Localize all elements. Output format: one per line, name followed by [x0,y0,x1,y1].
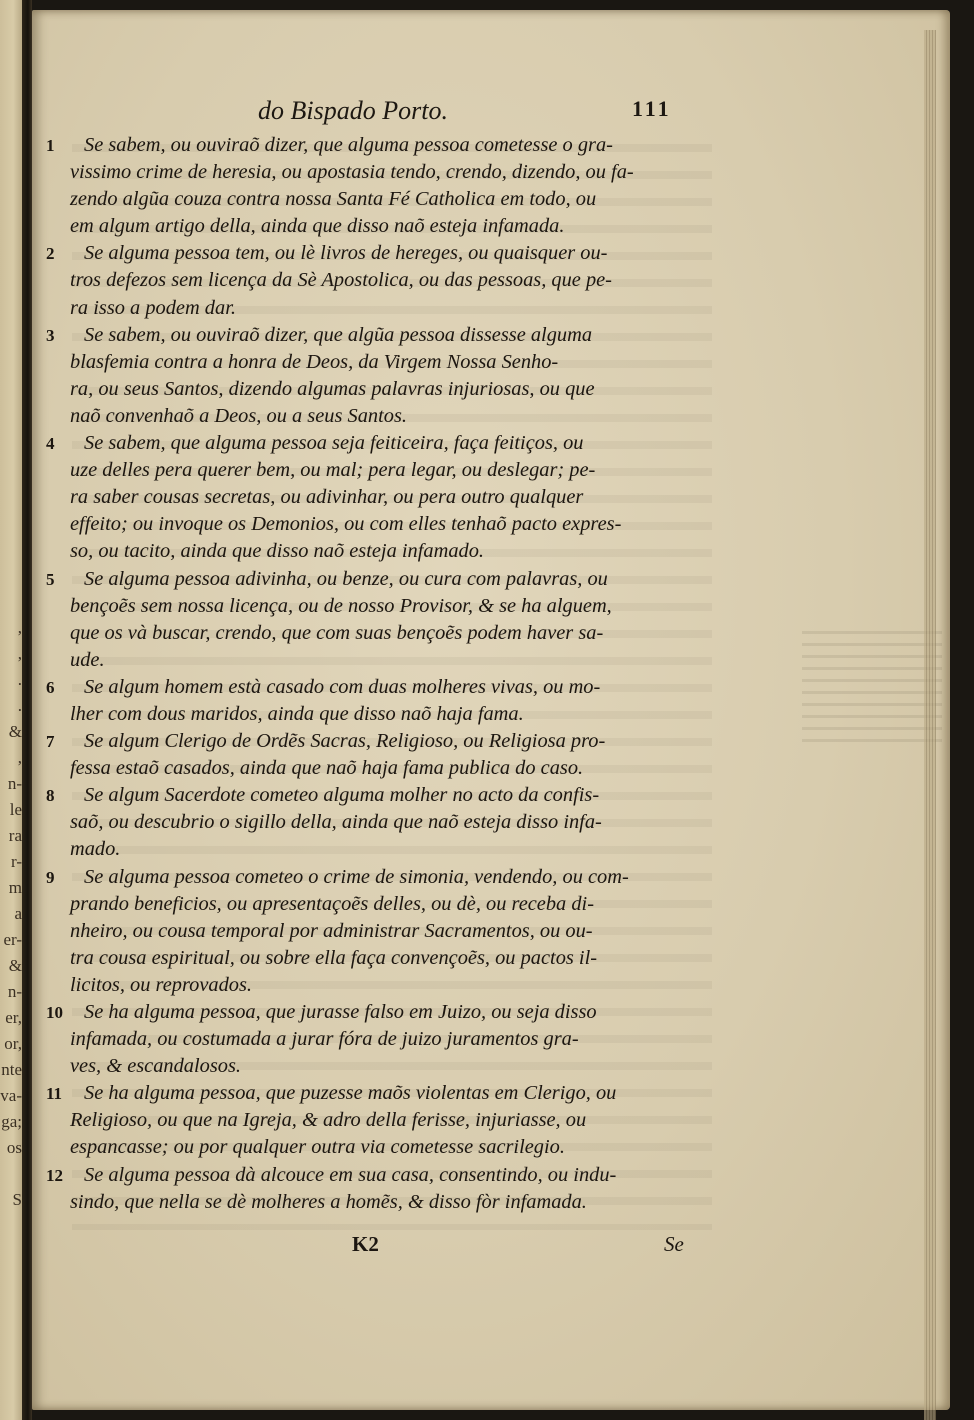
left-page-fragment: & [0,953,22,978]
left-page-fragment: & [0,719,22,744]
left-page-fragment: ra [0,823,22,848]
paragraph-number: 9 [46,864,55,891]
text-line: ra, ou seus Santos, dizendo algumas pala… [46,376,706,403]
left-page-fragment: , [0,615,22,640]
text-line: effeito; ou invoque os Demonios, ou com … [46,511,706,538]
text-line: Se sabem, ou ouviraõ dizer, que algũa pe… [46,322,706,349]
left-page-fragment: m [0,875,22,900]
catchword: Se [664,1232,684,1257]
paragraph-number: 3 [46,322,55,349]
text-line: Se algum Sacerdote cometeo alguma molher… [46,782,706,809]
page-number: 111 [632,96,672,122]
left-page-fragment: ga; [0,1109,22,1134]
text-line: mado. [46,836,706,863]
text-line: saõ, ou descubrio o sigillo della, ainda… [46,809,706,836]
text-line: lher com dous maridos, ainda que disso n… [46,701,706,728]
page-footer: K2 Se [32,1232,950,1262]
text-line: bençoẽs sem nossa licença, ou de nosso P… [46,593,706,620]
paragraph-number: 10 [46,999,63,1026]
text-line: Se sabem, ou ouviraõ dizer, que alguma p… [46,132,706,159]
left-page-fragment: . [0,667,22,692]
text-line: naõ convenhaõ a Deos, ou a seus Santos. [46,403,706,430]
text-line: fessa estaõ casados, ainda que naõ haja … [46,755,706,782]
text-line: prando beneficios, ou apresentaçoẽs dell… [46,891,706,918]
page-header: do Bispado Porto. 111 [32,96,950,126]
left-page-fragment: r- [0,849,22,874]
numbered-paragraph: 12Se alguma pessoa dà alcouce em sua cas… [46,1162,706,1216]
left-page-fragment: n- [0,771,22,796]
body-text: 1Se sabem, ou ouviraõ dizer, que alguma … [46,132,706,1216]
text-line: espancasse; ou por qualquer outra via co… [46,1134,706,1161]
left-page-fragment: er, [0,1005,22,1030]
text-line: Se ha alguma pessoa, que jurasse falso e… [46,999,706,1026]
numbered-paragraph: 4Se sabem, que alguma pessoa seja feitic… [46,430,706,565]
page-edge-stack [924,30,936,1420]
numbered-paragraph: 5Se alguma pessoa adivinha, ou benze, ou… [46,566,706,674]
text-line: Se alguma pessoa tem, ou lè livros de he… [46,240,706,267]
left-page-fragment: S [0,1187,22,1212]
paragraph-number: 5 [46,566,55,593]
numbered-paragraph: 3Se sabem, ou ouviraõ dizer, que algũa p… [46,322,706,430]
paragraph-number: 8 [46,782,55,809]
text-line: ra saber cousas secretas, ou adivinhar, … [46,484,706,511]
text-line: ra isso a podem dar. [46,295,706,322]
text-line: Se ha alguma pessoa, que puzesse maõs vi… [46,1080,706,1107]
adjacent-left-page: ,,..&,n-lerar-maer-&n-er,or,nteva-ga;osS [0,0,22,1420]
text-line: Se alguma pessoa dà alcouce em sua casa,… [46,1162,706,1189]
numbered-paragraph: 6Se algum homem està casado com duas mol… [46,674,706,728]
text-line: blasfemia contra a honra de Deos, da Vir… [46,349,706,376]
left-page-fragment: n- [0,979,22,1004]
running-head: do Bispado Porto. [258,96,448,126]
left-page-fragment: or, [0,1031,22,1056]
left-page-fragment: , [0,745,22,770]
text-line: Se alguma pessoa cometeo o crime de simo… [46,864,706,891]
text-line: infamada, ou costumada a jurar fóra de j… [46,1026,706,1053]
text-line: zendo algũa couza contra nossa Santa Fé … [46,186,706,213]
left-page-fragment: . [0,693,22,718]
paragraph-number: 7 [46,728,55,755]
text-line: Se alguma pessoa adivinha, ou benze, ou … [46,566,706,593]
text-line: que os và buscar, crendo, que com suas b… [46,620,706,647]
paragraph-number: 2 [46,240,55,267]
text-line: Se algum homem està casado com duas molh… [46,674,706,701]
text-line: tros defezos sem licença da Sè Apostolic… [46,267,706,294]
text-line: em algum artigo della, ainda que disso n… [46,213,706,240]
numbered-paragraph: 7Se algum Clerigo de Ordẽs Sacras, Relig… [46,728,706,782]
numbered-paragraph: 2Se alguma pessoa tem, ou lè livros de h… [46,240,706,321]
numbered-paragraph: 8Se algum Sacerdote cometeo alguma molhe… [46,782,706,863]
text-line: ves, & escandalosos. [46,1053,706,1080]
signature-mark: K2 [352,1232,379,1257]
book-gutter [22,0,32,1420]
book-page: do Bispado Porto. 111 1Se sabem, ou ouvi… [32,10,950,1410]
left-page-fragment: a [0,901,22,926]
left-page-fragment: va- [0,1083,22,1108]
text-line: uze delles pera querer bem, ou mal; pera… [46,457,706,484]
text-line: so, ou tacito, ainda que disso naõ estej… [46,538,706,565]
numbered-paragraph: 11Se ha alguma pessoa, que puzesse maõs … [46,1080,706,1161]
paragraph-number: 6 [46,674,55,701]
margin-show-through [802,625,942,745]
numbered-paragraph: 10Se ha alguma pessoa, que jurasse falso… [46,999,706,1080]
left-page-fragment: os [0,1135,22,1160]
text-line: vissimo crime de heresia, ou apostasia t… [46,159,706,186]
paragraph-number: 1 [46,132,55,159]
text-line: nheiro, ou cousa temporal por administra… [46,918,706,945]
text-line: licitos, ou reprovados. [46,972,706,999]
left-page-fragment: , [0,641,22,666]
numbered-paragraph: 9Se alguma pessoa cometeo o crime de sim… [46,864,706,999]
text-line: Se algum Clerigo de Ordẽs Sacras, Religi… [46,728,706,755]
paragraph-number: 12 [46,1162,63,1189]
paragraph-number: 4 [46,430,55,457]
left-page-fragment: er- [0,927,22,952]
numbered-paragraph: 1Se sabem, ou ouviraõ dizer, que alguma … [46,132,706,240]
paragraph-number: 11 [46,1080,62,1107]
text-line: ude. [46,647,706,674]
left-page-fragment: nte [0,1057,22,1082]
text-line: tra cousa espiritual, ou sobre ella faça… [46,945,706,972]
left-page-fragment: le [0,797,22,822]
text-line: sindo, que nella se dè molheres a homẽs,… [46,1189,706,1216]
text-line: Religioso, ou que na Igreja, & adro dell… [46,1107,706,1134]
text-line: Se sabem, que alguma pessoa seja feitice… [46,430,706,457]
